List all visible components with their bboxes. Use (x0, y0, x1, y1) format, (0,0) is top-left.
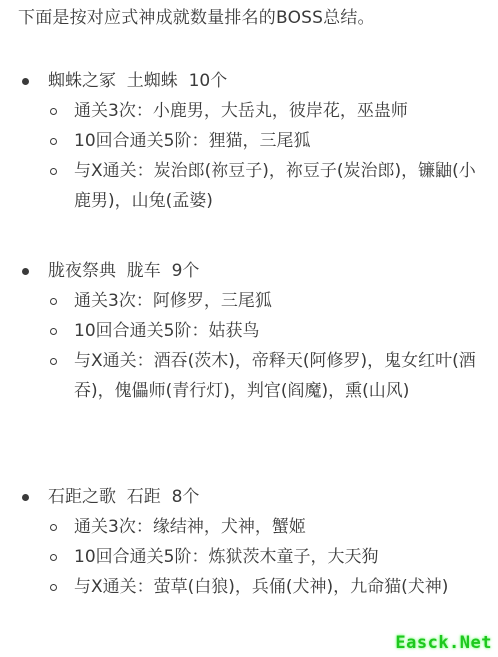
list-item-text: 与X通关：萤草(白狼)，兵俑(犬神)，九命猫(犬神) (74, 577, 448, 597)
bullet-circle-icon (50, 138, 57, 145)
list-item: 通关3次：阿修罗，三尾狐 (0, 286, 498, 316)
boss-title-row: 石距之歌 石距 8个 (0, 482, 498, 512)
list-item-text: 10回合通关5阶：姑获鸟 (74, 321, 259, 341)
list-item-text: 与X通关：酒吞(茨木)，帝释天(阿修罗)，鬼女红叶(酒吞)，傀儡师(青行灯)，判… (74, 351, 476, 401)
list-item: 与X通关：酒吞(茨木)，帝释天(阿修罗)，鬼女红叶(酒吞)，傀儡师(青行灯)，判… (0, 346, 498, 406)
boss-title-row: 胧夜祭典 胧车 9个 (0, 256, 498, 286)
list-item-text: 10回合通关5阶：狸猫，三尾狐 (74, 131, 310, 151)
boss-title: 蜘蛛之冢 土蜘蛛 10个 (48, 66, 227, 96)
list-item: 与X通关：炭治郎(祢豆子)，祢豆子(炭治郎)，镰鼬(小鹿男)，山兔(孟婆) (0, 156, 498, 216)
bullet-disc-icon (22, 494, 29, 501)
bullet-circle-icon (50, 524, 57, 531)
bullet-circle-icon (50, 298, 57, 305)
boss-section-ishikyo: 石距之歌 石距 8个 通关3次：缘结神，犬神，蟹姬 10回合通关5阶：炼狱茨木童… (0, 482, 498, 602)
list-item: 通关3次：缘结神，犬神，蟹姬 (0, 512, 498, 542)
list-item: 10回合通关5阶：狸猫，三尾狐 (0, 126, 498, 156)
list-item: 10回合通关5阶：姑获鸟 (0, 316, 498, 346)
boss-section-oboroguruma: 胧夜祭典 胧车 9个 通关3次：阿修罗，三尾狐 10回合通关5阶：姑获鸟 与X通… (0, 256, 498, 406)
bullet-disc-icon (22, 268, 29, 275)
list-item-text: 与X通关：炭治郎(祢豆子)，祢豆子(炭治郎)，镰鼬(小鹿男)，山兔(孟婆) (74, 161, 476, 211)
list-item: 通关3次：小鹿男，大岳丸，彼岸花，巫蛊师 (0, 96, 498, 126)
list-item-text: 通关3次：阿修罗，三尾狐 (74, 291, 272, 311)
bullet-circle-icon (50, 358, 57, 365)
list-item-text: 通关3次：缘结神，犬神，蟹姬 (74, 517, 306, 537)
boss-title-row: 蜘蛛之冢 土蜘蛛 10个 (0, 66, 498, 96)
watermark: Easck.Net (395, 633, 492, 653)
bullet-circle-icon (50, 108, 57, 115)
intro-text: 下面是按对应式神成就数量排名的BOSS总结。 (18, 6, 375, 30)
list-item: 10回合通关5阶：炼狱茨木童子，大天狗 (0, 542, 498, 572)
bullet-circle-icon (50, 328, 57, 335)
bullet-circle-icon (50, 168, 57, 175)
boss-title: 石距之歌 石距 8个 (48, 482, 199, 512)
list-item-text: 通关3次：小鹿男，大岳丸，彼岸花，巫蛊师 (74, 101, 408, 121)
bullet-circle-icon (50, 584, 57, 591)
list-item: 与X通关：萤草(白狼)，兵俑(犬神)，九命猫(犬神) (0, 572, 498, 602)
list-item-text: 10回合通关5阶：炼狱茨木童子，大天狗 (74, 547, 378, 567)
bullet-disc-icon (22, 78, 29, 85)
bullet-circle-icon (50, 554, 57, 561)
boss-section-tsuchigumo: 蜘蛛之冢 土蜘蛛 10个 通关3次：小鹿男，大岳丸，彼岸花，巫蛊师 10回合通关… (0, 66, 498, 216)
boss-title: 胧夜祭典 胧车 9个 (48, 256, 199, 286)
